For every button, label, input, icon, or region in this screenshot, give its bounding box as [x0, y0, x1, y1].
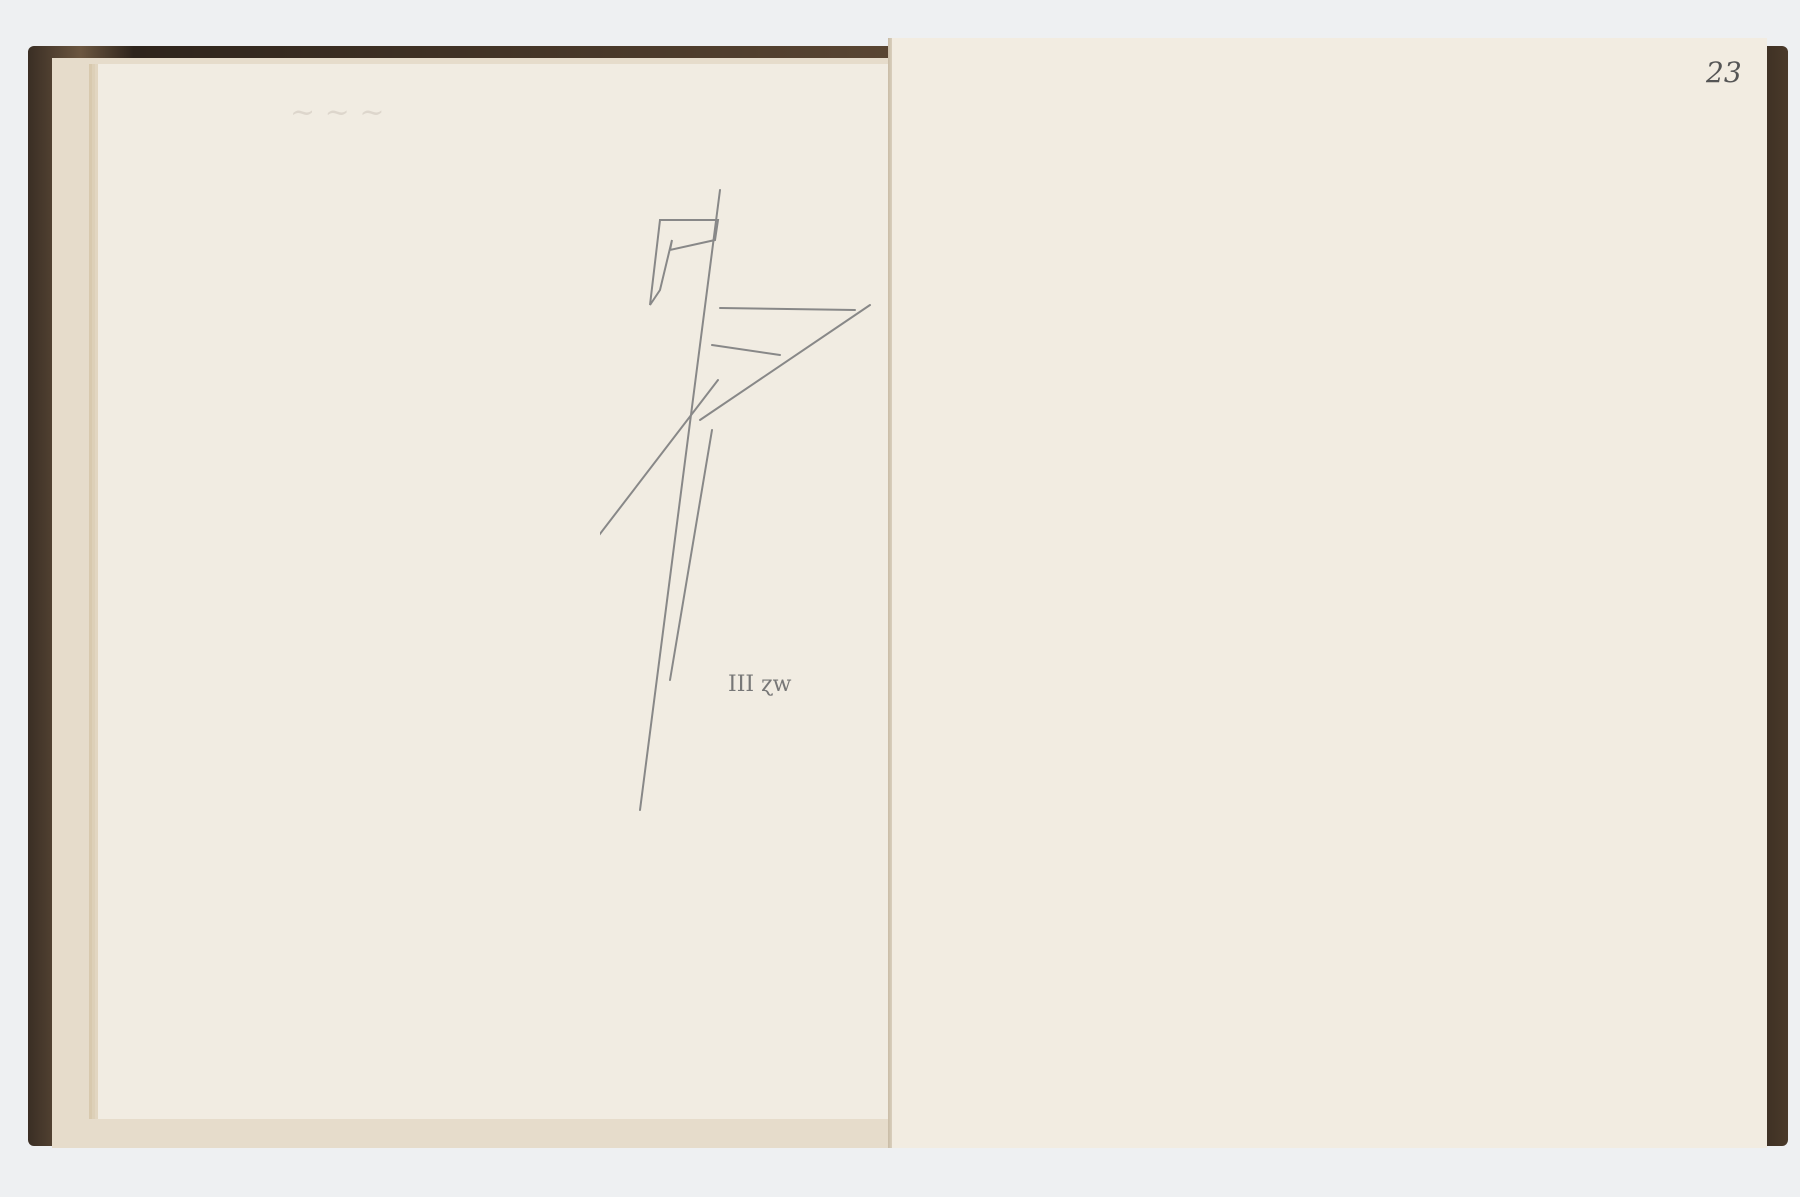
right-page — [892, 38, 1767, 1148]
mast-sketch — [600, 180, 900, 820]
faint-inscription: ~ ~ ~ — [290, 95, 384, 130]
page-number: 23 — [1706, 56, 1742, 89]
